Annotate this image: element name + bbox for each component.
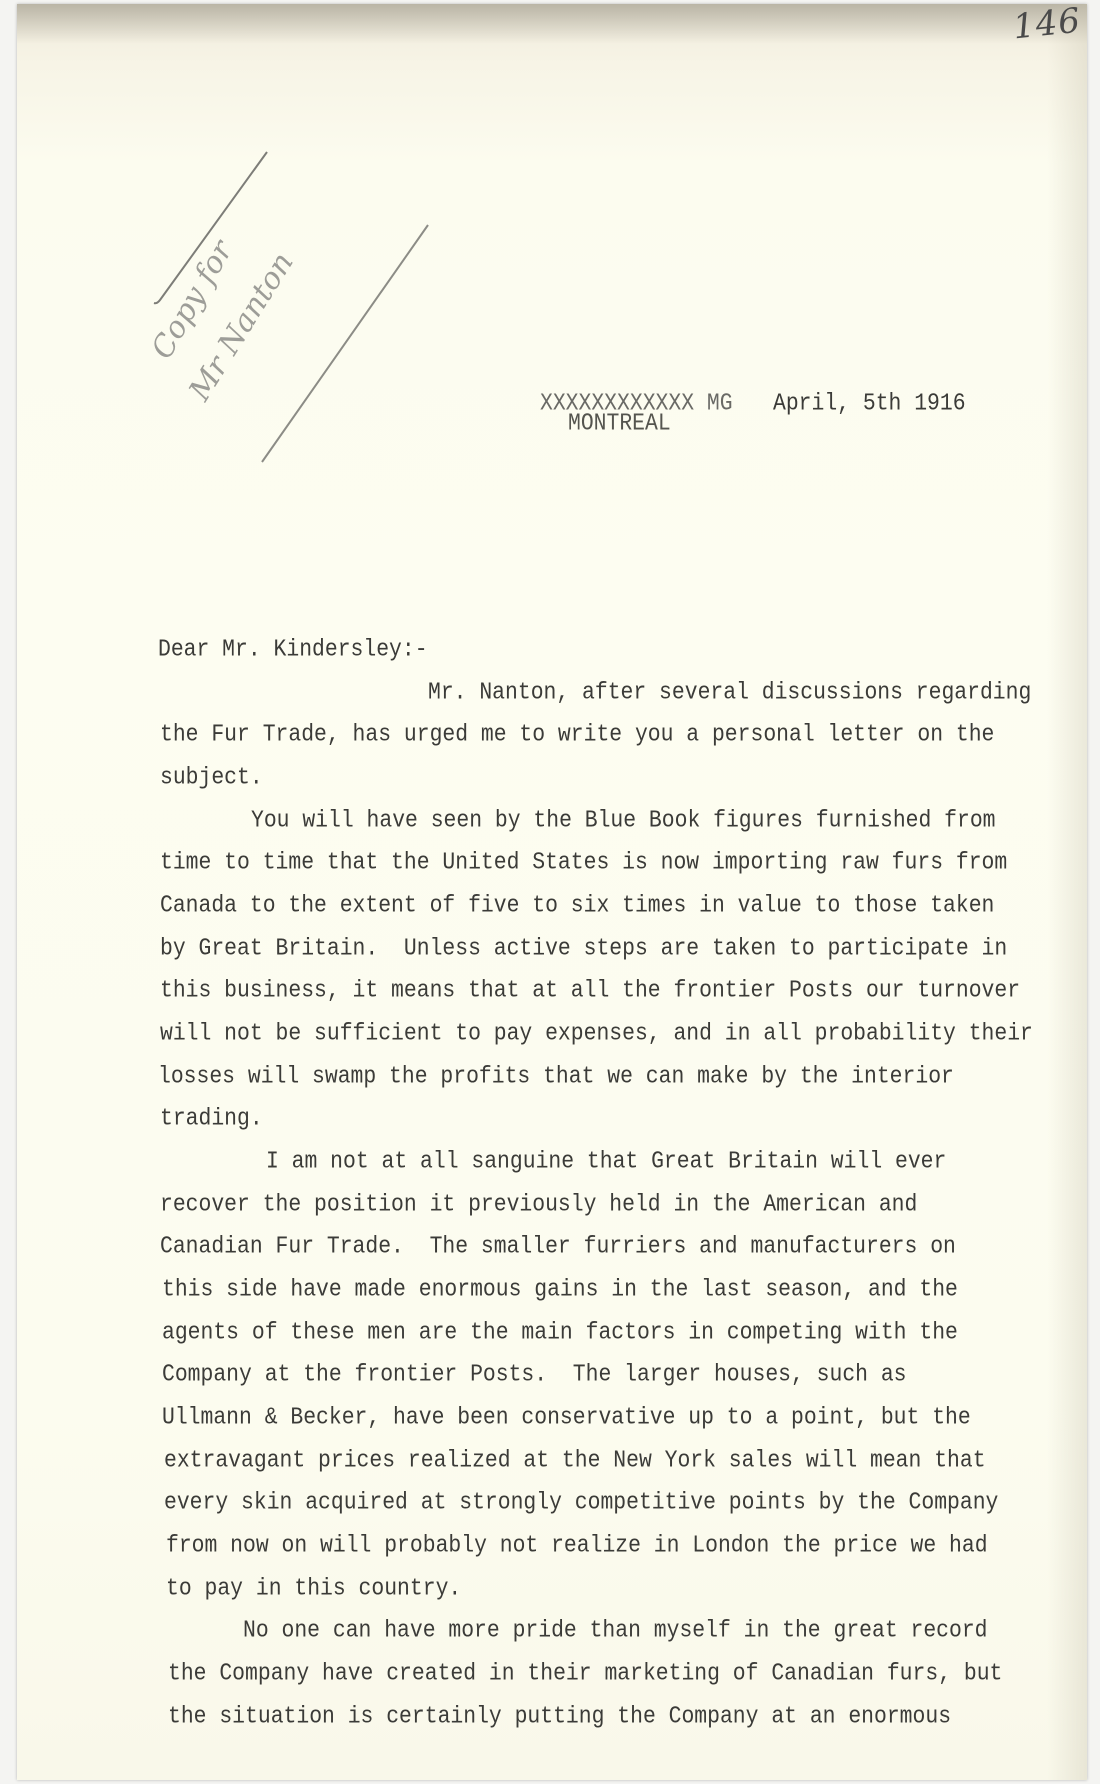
letter-body: Dear Mr. Kindersley:- Mr. Nanton, after …: [0, 629, 1100, 1738]
page-number: 146: [1011, 1, 1083, 48]
body-line: losses will swamp the profits that we ca…: [0, 1056, 1100, 1099]
body-line: by Great Britain. Unless active steps ar…: [0, 928, 1100, 971]
body-line: the Fur Trade, has urged me to write you…: [0, 714, 1100, 757]
body-line: Ullmann & Becker, have been conservative…: [0, 1397, 1100, 1440]
salutation: Dear Mr. Kindersley:-: [0, 629, 1100, 672]
body-line: trading.: [0, 1098, 1100, 1141]
letter-city: MONTREAL: [568, 411, 671, 438]
body-line: every skin acquired at strongly competit…: [0, 1482, 1100, 1525]
body-line: this business, it means that at all the …: [0, 970, 1100, 1013]
body-line: to pay in this country.: [0, 1568, 1100, 1611]
body-line: the situation is certainly putting the C…: [0, 1696, 1100, 1739]
body-line: recover the position it previously held …: [0, 1184, 1100, 1227]
body-line: Mr. Nanton, after several discussions re…: [0, 672, 1100, 715]
letter-date: April, 5th 1916: [773, 391, 966, 418]
body-line: Company at the frontier Posts. The large…: [0, 1354, 1100, 1397]
body-line: will not be sufficient to pay expenses, …: [0, 1013, 1100, 1056]
body-line: You will have seen by the Blue Book figu…: [0, 800, 1100, 843]
body-line: the Company have created in their market…: [0, 1653, 1100, 1696]
body-line: this side have made enormous gains in th…: [0, 1269, 1100, 1312]
body-line: subject.: [0, 757, 1100, 800]
body-line: Canada to the extent of five to six time…: [0, 885, 1100, 928]
body-line: No one can have more pride than myself i…: [0, 1610, 1100, 1653]
body-line: from now on will probably not realize in…: [0, 1525, 1100, 1568]
body-line: agents of these men are the main factors…: [0, 1312, 1100, 1355]
body-line: I am not at all sanguine that Great Brit…: [0, 1141, 1100, 1184]
body-line: Canadian Fur Trade. The smaller furriers…: [0, 1226, 1100, 1269]
body-line: extravagant prices realized at the New Y…: [0, 1440, 1100, 1483]
body-line: time to time that the United States is n…: [0, 842, 1100, 885]
